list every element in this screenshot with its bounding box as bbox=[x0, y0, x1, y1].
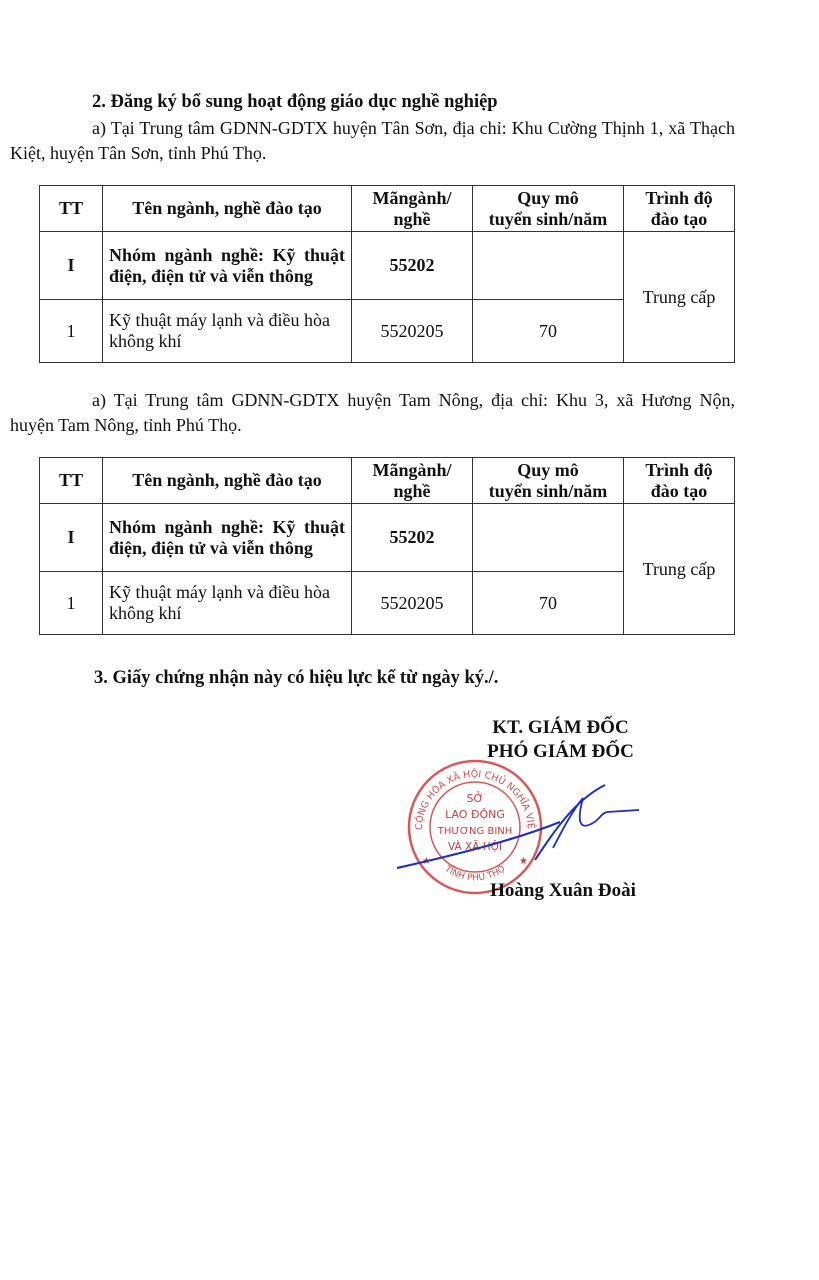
group-name: Nhóm ngành nghề: Kỹ thuật điện, điện tử … bbox=[103, 504, 352, 572]
item-scale: 70 bbox=[473, 300, 624, 363]
item-tt: 1 bbox=[40, 572, 103, 635]
header-name: Tên ngành, nghề đào tạo bbox=[103, 458, 352, 504]
training-table-1: TT Tên ngành, nghề đào tạo Mãngành/nghề … bbox=[39, 185, 735, 363]
item-code: 5520205 bbox=[352, 300, 473, 363]
location-2-paragraph: a) Tại Trung tâm GDNN-GDTX huyện Tam Nôn… bbox=[10, 388, 735, 438]
item-name: Kỹ thuật máy lạnh và điều hòa không khí bbox=[103, 300, 352, 363]
table-header-row: TT Tên ngành, nghề đào tạo Mãngành/nghề … bbox=[40, 186, 735, 232]
group-name: Nhóm ngành nghề: Kỹ thuật điện, điện tử … bbox=[103, 232, 352, 300]
group-tt: I bbox=[40, 504, 103, 572]
header-name: Tên ngành, nghề đào tạo bbox=[103, 186, 352, 232]
table-row: I Nhóm ngành nghề: Kỹ thuật điện, điện t… bbox=[40, 504, 735, 572]
item-tt: 1 bbox=[40, 300, 103, 363]
group-scale bbox=[473, 232, 624, 300]
header-level: Trình độđào tạo bbox=[624, 186, 735, 232]
header-tt: TT bbox=[40, 186, 103, 232]
level-cell: Trung cấp bbox=[624, 504, 735, 635]
header-code: Mãngành/nghề bbox=[352, 458, 473, 504]
header-tt: TT bbox=[40, 458, 103, 504]
table-header-row: TT Tên ngành, nghề đào tạo Mãngành/nghề … bbox=[40, 458, 735, 504]
header-scale: Quy môtuyển sinh/năm bbox=[473, 186, 624, 232]
section-2-heading: 2. Đăng ký bổ sung hoạt động giáo dục ng… bbox=[92, 92, 498, 113]
signer-name: Hoàng Xuân Đoài bbox=[478, 880, 648, 902]
table-row: I Nhóm ngành nghề: Kỹ thuật điện, điện t… bbox=[40, 232, 735, 300]
group-scale bbox=[473, 504, 624, 572]
item-name: Kỹ thuật máy lạnh và điều hòa không khí bbox=[103, 572, 352, 635]
section-3-text: 3. Giấy chứng nhận này có hiệu lực kể từ… bbox=[94, 668, 498, 689]
location-1-paragraph: a) Tại Trung tâm GDNN-GDTX huyện Tân Sơn… bbox=[10, 116, 735, 166]
header-level: Trình độđào tạo bbox=[624, 458, 735, 504]
level-cell: Trung cấp bbox=[624, 232, 735, 363]
header-code: Mãngành/nghề bbox=[352, 186, 473, 232]
group-tt: I bbox=[40, 232, 103, 300]
training-table-2: TT Tên ngành, nghề đào tạo Mãngành/nghề … bbox=[39, 457, 735, 635]
item-code: 5520205 bbox=[352, 572, 473, 635]
signature-icon bbox=[395, 780, 645, 875]
item-scale: 70 bbox=[473, 572, 624, 635]
group-code: 55202 bbox=[352, 232, 473, 300]
header-scale: Quy môtuyển sinh/năm bbox=[473, 458, 624, 504]
group-code: 55202 bbox=[352, 504, 473, 572]
signature-title-line1: KT. GIÁM ĐỐC bbox=[478, 717, 643, 739]
